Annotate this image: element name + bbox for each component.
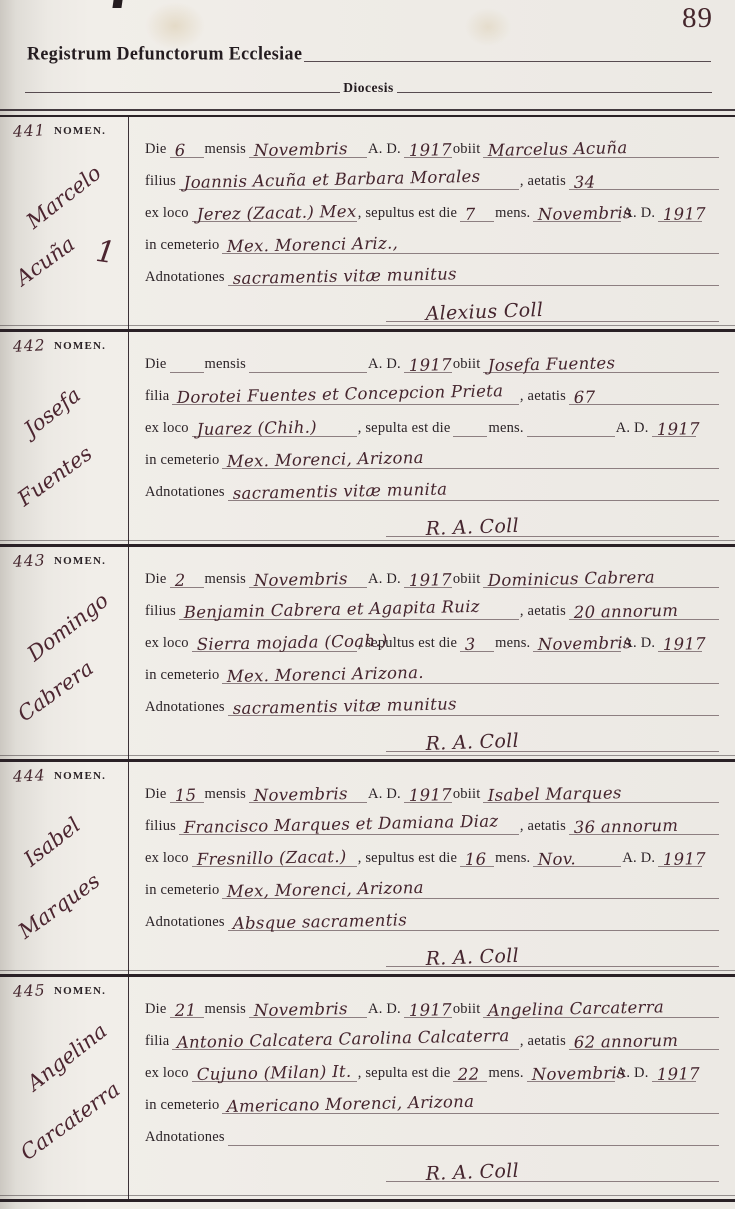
adnotationes-label: Adnotationes	[144, 269, 228, 286]
place-blank: Jerez (Zacat.) Mex	[192, 189, 357, 222]
death-date-line: Die 21 mensis Novembris A. D. 1917 obiit…	[144, 986, 719, 1018]
place-blank: Cujuno (Milan) It.	[192, 1049, 357, 1082]
register-title: Registrum Defunctorum Ecclesiae	[27, 42, 302, 65]
aetatis-label: , aetatis	[519, 388, 569, 405]
signature-blank: R. A. Coll	[386, 930, 720, 967]
parents-blank: Antonio Calcatera Carolina Calcaterra	[172, 1017, 519, 1050]
adnotationes-label: Adnotationes	[144, 699, 228, 716]
mens-label: mens.	[487, 1065, 526, 1082]
margin-ink-mark: 1	[94, 234, 118, 271]
margin-name-first: Marcelo	[22, 161, 106, 234]
death-day-blank: 15	[170, 770, 204, 803]
filia-label: filia	[144, 388, 172, 405]
aetatis-label: , aetatis	[519, 818, 569, 835]
ad-label: A. D.	[615, 420, 652, 437]
filia-label: filia	[144, 1033, 172, 1050]
aetatis-label: , aetatis	[519, 603, 569, 620]
adnotationes-line: Adnotationes sacramentis vitæ munitus	[144, 254, 719, 286]
diocesis-rule-left	[25, 92, 340, 93]
header-double-rule	[0, 109, 735, 117]
ex-loco-label: ex loco	[144, 420, 192, 437]
aetatis-label: , aetatis	[519, 173, 569, 190]
ex-loco-label: ex loco	[144, 205, 192, 222]
burial-month-blank: Novembris	[533, 189, 621, 222]
burial-year-blank: 1917	[658, 619, 702, 652]
adnotationes-label: Adnotationes	[144, 484, 228, 501]
nomen-label: NOMEN.	[54, 985, 106, 997]
burial-month-blank: Novembris	[527, 1049, 615, 1082]
notes-blank: sacramentis vitæ munitus	[228, 683, 719, 716]
signature-line: R. A. Coll	[144, 501, 719, 537]
parents-blank: Francisco Marques et Damiana Diaz	[179, 802, 519, 835]
deceased-name-blank: Josefa Fuentes	[483, 340, 719, 373]
death-date-line: Die 2 mensis Novembris A. D. 1917 obiit …	[144, 556, 719, 588]
die-label: Die	[144, 786, 170, 803]
burial-line: ex loco Sierra mojada (Coah.) , sepultus…	[144, 620, 719, 652]
nomen-label: NOMEN.	[54, 770, 106, 782]
age-blank: 36 annorum	[569, 802, 719, 835]
margin-name-last: Acuña	[11, 232, 79, 291]
entry-form-column: Die 15 mensis Novembris A. D. 1917 obiit…	[129, 762, 735, 974]
cemetery-blank: Mex. Morenci Ariz.,	[222, 221, 719, 254]
signature-blank: R. A. Coll	[386, 715, 720, 752]
ad-label: A. D.	[367, 1001, 404, 1018]
entry-margin-column: 445 NOMEN. Angelina Carcaterra	[0, 977, 129, 1199]
parents-blank: Benjamin Cabrera et Agapita Ruiz	[179, 587, 519, 620]
margin-name-first: Angelina	[23, 1019, 112, 1096]
cemetery-line: in cemeterio Mex, Morenci, Arizona	[144, 867, 719, 899]
in-cemeterio-label: in cemeterio	[144, 237, 222, 254]
filius-label: filius	[144, 173, 179, 190]
margin-name-last: Fuentes	[13, 441, 96, 511]
entry-form-column: Die mensis A. D. 1917 obiit Josefa Fuent…	[129, 332, 735, 544]
burial-day-blank: 16	[460, 834, 494, 867]
burial-day-blank	[453, 404, 487, 437]
entry-form-column: Die 21 mensis Novembris A. D. 1917 obiit…	[129, 977, 735, 1199]
mens-label: mens.	[487, 420, 526, 437]
mensis-label: mensis	[204, 786, 249, 803]
entry-form-column: Die 2 mensis Novembris A. D. 1917 obiit …	[129, 547, 735, 759]
entry-number: 444	[13, 766, 46, 786]
die-label: Die	[144, 1001, 170, 1018]
ad-label: A. D.	[367, 571, 404, 588]
deceased-name-blank: Dominicus Cabrera	[483, 555, 719, 588]
death-date-line: Die 15 mensis Novembris A. D. 1917 obiit…	[144, 771, 719, 803]
mens-label: mens.	[494, 850, 533, 867]
parents-line: filia Dorotei Fuentes et Concepcion Prie…	[144, 373, 719, 405]
sepultus-label: , sepultus est die	[357, 850, 460, 867]
sepulta-label: , sepulta est die	[357, 1065, 454, 1082]
entry-number: 442	[13, 336, 46, 356]
death-day-blank: 6	[170, 125, 204, 158]
burial-day-blank: 3	[460, 619, 494, 652]
deceased-name-blank: Marcelus Acuña	[483, 125, 719, 158]
death-month-blank: Novembris	[249, 770, 367, 803]
signature-value: R. A. Coll	[425, 945, 519, 970]
margin-name-last: Carcaterra	[16, 1077, 124, 1165]
parents-line: filius Benjamin Cabrera et Agapita Ruiz …	[144, 588, 719, 620]
in-cemeterio-label: in cemeterio	[144, 667, 222, 684]
parents-blank: Joannis Acuña et Barbara Morales	[179, 157, 519, 190]
death-month-blank	[249, 340, 367, 373]
entry-number: 443	[13, 551, 46, 571]
age-blank: 67	[569, 372, 719, 405]
burial-year-blank: 1917	[652, 404, 696, 437]
signature-blank: R. A. Coll	[386, 500, 720, 537]
ad-label: A. D.	[367, 786, 404, 803]
age-blank: 20 annorum	[569, 587, 719, 620]
age-blank: 34	[569, 157, 719, 190]
burial-year-blank: 1917	[652, 1049, 696, 1082]
entry-margin-column: 442 NOMEN. Josefa Fuentes	[0, 332, 129, 544]
entry-margin-column: 441 NOMEN. Marcelo Acuña 1	[0, 117, 129, 329]
ink-smudge	[112, 0, 122, 8]
obiit-label: obiit	[452, 356, 484, 373]
cemetery-line: in cemeterio Mex. Morenci, Arizona	[144, 437, 719, 469]
place-blank: Fresnillo (Zacat.)	[192, 834, 357, 867]
burial-day-blank: 7	[460, 189, 494, 222]
margin-name-first: Josefa	[19, 383, 85, 442]
notes-blank: sacramentis vitæ munitus	[228, 253, 719, 286]
in-cemeterio-label: in cemeterio	[144, 882, 222, 899]
register-entry-445: 445 NOMEN. Angelina Carcaterra Die 21 me…	[0, 977, 735, 1202]
ex-loco-label: ex loco	[144, 850, 192, 867]
mensis-label: mensis	[204, 356, 249, 373]
sepultus-label: , sepultus est die	[357, 205, 460, 222]
deceased-name-blank: Isabel Marques	[483, 770, 719, 803]
die-label: Die	[144, 141, 170, 158]
notes-blank: sacramentis vitæ munita	[228, 468, 719, 501]
cemetery-line: in cemeterio Mex. Morenci Ariz.,	[144, 222, 719, 254]
die-label: Die	[144, 356, 170, 373]
ex-loco-label: ex loco	[144, 635, 192, 652]
die-label: Die	[144, 571, 170, 588]
margin-name-last: Cabrera	[13, 656, 98, 727]
signature-value: R. A. Coll	[425, 1160, 519, 1185]
death-year-blank: 1917	[404, 985, 452, 1018]
death-year-blank: 1917	[404, 770, 452, 803]
cemetery-blank: Mex, Morenci, Arizona	[222, 866, 719, 899]
signature-value: Alexius Coll	[425, 299, 543, 325]
register-entry-443: 443 NOMEN. Domingo Cabrera Die 2 mensis …	[0, 547, 735, 762]
obiit-label: obiit	[452, 571, 484, 588]
signature-value: R. A. Coll	[425, 730, 519, 755]
death-date-line: Die mensis A. D. 1917 obiit Josefa Fuent…	[144, 341, 719, 373]
entry-number: 445	[13, 981, 46, 1001]
death-date-line: Die 6 mensis Novembris A. D. 1917 obiit …	[144, 126, 719, 158]
aetatis-label: , aetatis	[519, 1033, 569, 1050]
filius-label: filius	[144, 603, 179, 620]
burial-line: ex loco Jerez (Zacat.) Mex , sepultus es…	[144, 190, 719, 222]
notes-value: Absque sacramentis	[232, 910, 407, 933]
deceased-name-blank: Angelina Carcaterra	[483, 985, 719, 1018]
parents-line: filius Joannis Acuña et Barbara Morales …	[144, 158, 719, 190]
burial-month-blank	[527, 404, 615, 437]
burial-line: ex loco Juarez (Chih.) , sepulta est die…	[144, 405, 719, 437]
register-entries: 441 NOMEN. Marcelo Acuña 1 Die 6 mensis …	[0, 117, 735, 1202]
cemetery-blank: Mex. Morenci, Arizona	[222, 436, 719, 469]
mensis-label: mensis	[204, 571, 249, 588]
diocesis-row: Diocesis	[25, 80, 712, 96]
ex-loco-label: ex loco	[144, 1065, 192, 1082]
burial-day-blank: 22	[453, 1049, 487, 1082]
ad-label: A. D.	[621, 850, 658, 867]
burial-year-blank: 1917	[658, 834, 702, 867]
diocesis-label: Diocesis	[340, 80, 397, 96]
signature-line: R. A. Coll	[144, 1146, 719, 1182]
signature-blank: R. A. Coll	[386, 1145, 720, 1182]
margin-name-first: Domingo	[23, 588, 113, 666]
in-cemeterio-label: in cemeterio	[144, 452, 222, 469]
obiit-label: obiit	[452, 141, 484, 158]
place-blank: Sierra mojada (Coah.)	[192, 619, 357, 652]
cemetery-blank: Mex. Morenci Arizona.	[222, 651, 719, 684]
age-blank: 62 annorum	[569, 1017, 719, 1050]
title-rule-line	[304, 61, 711, 62]
entry-form-column: Die 6 mensis Novembris A. D. 1917 obiit …	[129, 117, 735, 329]
register-entry-444: 444 NOMEN. Isabel Marques Die 15 mensis …	[0, 762, 735, 977]
mensis-label: mensis	[204, 1001, 249, 1018]
adnotationes-label: Adnotationes	[144, 1129, 228, 1146]
death-month-blank: Novembris	[249, 125, 367, 158]
cemetery-line: in cemeterio Americano Morenci, Arizona	[144, 1082, 719, 1114]
signature-blank: Alexius Coll	[386, 285, 720, 322]
register-entry-441: 441 NOMEN. Marcelo Acuña 1 Die 6 mensis …	[0, 117, 735, 332]
entry-margin-column: 443 NOMEN. Domingo Cabrera	[0, 547, 129, 759]
cemetery-line: in cemeterio Mex. Morenci Arizona.	[144, 652, 719, 684]
adnotationes-line: Adnotationes Absque sacramentis	[144, 899, 719, 931]
register-title-row: Registrum Defunctorum Ecclesiae	[27, 43, 711, 64]
death-day-blank: 2	[170, 555, 204, 588]
place-blank: Juarez (Chih.)	[192, 404, 357, 437]
nomen-label: NOMEN.	[54, 340, 106, 352]
burial-month-blank: Nov.	[533, 834, 621, 867]
entry-number: 441	[13, 121, 46, 141]
cemetery-blank: Americano Morenci, Arizona	[222, 1081, 719, 1114]
signature-line: Alexius Coll	[144, 286, 719, 322]
notes-blank: Absque sacramentis	[228, 898, 719, 931]
filius-label: filius	[144, 818, 179, 835]
sepulta-label: , sepulta est die	[357, 420, 454, 437]
adnotationes-line: Adnotationes	[144, 1114, 719, 1146]
obiit-label: obiit	[452, 1001, 484, 1018]
mens-label: mens.	[494, 635, 533, 652]
mensis-label: mensis	[204, 141, 249, 158]
parents-line: filius Francisco Marques et Damiana Diaz…	[144, 803, 719, 835]
death-month-blank: Novembris	[249, 985, 367, 1018]
margin-name-last: Marques	[14, 869, 104, 944]
adnotationes-line: Adnotationes sacramentis vitæ munita	[144, 469, 719, 501]
adnotationes-label: Adnotationes	[144, 914, 228, 931]
death-year-blank: 1917	[404, 125, 452, 158]
nomen-label: NOMEN.	[54, 555, 106, 567]
adnotationes-line: Adnotationes sacramentis vitæ munitus	[144, 684, 719, 716]
entry-margin-column: 444 NOMEN. Isabel Marques	[0, 762, 129, 974]
signature-line: R. A. Coll	[144, 931, 719, 967]
burial-month-blank: Novembris	[533, 619, 621, 652]
register-entry-442: 442 NOMEN. Josefa Fuentes Die mensis A. …	[0, 332, 735, 547]
ad-label: A. D.	[367, 356, 404, 373]
notes-blank	[228, 1113, 719, 1146]
burial-year-blank: 1917	[658, 189, 702, 222]
death-year-blank: 1917	[404, 340, 452, 373]
death-day-blank: 21	[170, 985, 204, 1018]
death-year-blank: 1917	[404, 555, 452, 588]
death-month-blank: Novembris	[249, 555, 367, 588]
burial-line: ex loco Cujuno (Milan) It. , sepulta est…	[144, 1050, 719, 1082]
ad-label: A. D.	[367, 141, 404, 158]
death-day-blank	[170, 340, 204, 373]
in-cemeterio-label: in cemeterio	[144, 1097, 222, 1114]
signature-value: R. A. Coll	[425, 515, 519, 540]
parents-blank: Dorotei Fuentes et Concepcion Prieta	[172, 372, 519, 405]
burial-line: ex loco Fresnillo (Zacat.) , sepultus es…	[144, 835, 719, 867]
obiit-label: obiit	[452, 786, 484, 803]
page-number: 89	[682, 2, 713, 35]
mens-label: mens.	[494, 205, 533, 222]
margin-name-first: Isabel	[19, 813, 84, 871]
diocesis-rule-right	[397, 92, 712, 93]
parents-line: filia Antonio Calcatera Carolina Calcate…	[144, 1018, 719, 1050]
nomen-label: NOMEN.	[54, 125, 106, 137]
signature-line: R. A. Coll	[144, 716, 719, 752]
